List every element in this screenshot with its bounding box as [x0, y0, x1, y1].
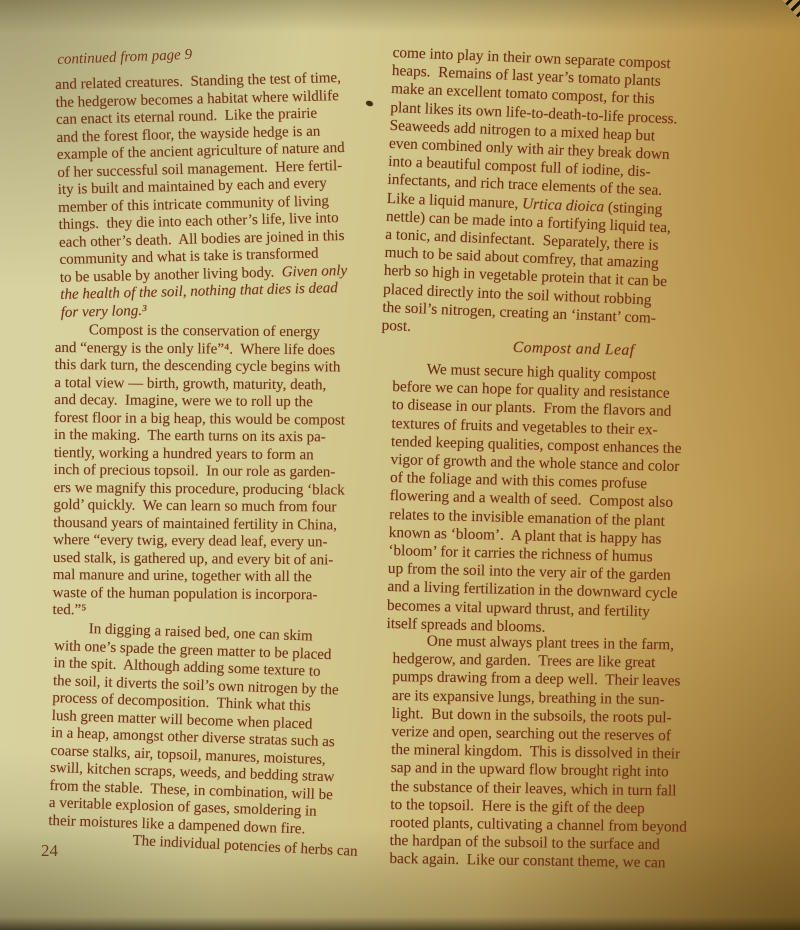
paragraph-quality-compost: We must secure high quality compost befo… [386, 360, 683, 640]
paragraph-plant-trees: One must always plant trees in the farm,… [389, 632, 690, 873]
page-number: 24 [41, 841, 58, 861]
left-column: continued from page 9 and related creatu… [55, 0, 400, 930]
right-column: come into play in their own separate com… [393, 0, 755, 930]
page-corner-overlay [766, 0, 800, 28]
scanned-page-photo: continued from page 9 and related creatu… [0, 0, 800, 930]
paragraph-compost-heaps-text-b: (stinging nettle) can be made into a for… [381, 198, 671, 335]
paragraph-hedgerow-text: and related creatures. Standing the test… [55, 70, 345, 285]
paragraph-hedgerow: and related creatures. Standing the test… [55, 70, 349, 322]
section-heading: Compost and Leaf [393, 336, 755, 363]
paragraph-compost-heaps-text-a: come into play in their own separate com… [386, 44, 677, 212]
latin-species-name: Urtica dioica [518, 195, 604, 215]
paragraph-raised-bed: In digging a raised bed, one can skim wi… [48, 620, 341, 839]
paragraph-compost-energy: Compost is the conservation of energy an… [52, 322, 346, 622]
paragraph-compost-heaps: come into play in their own separate com… [381, 44, 680, 347]
continued-note: continued from page 9 [57, 47, 192, 69]
